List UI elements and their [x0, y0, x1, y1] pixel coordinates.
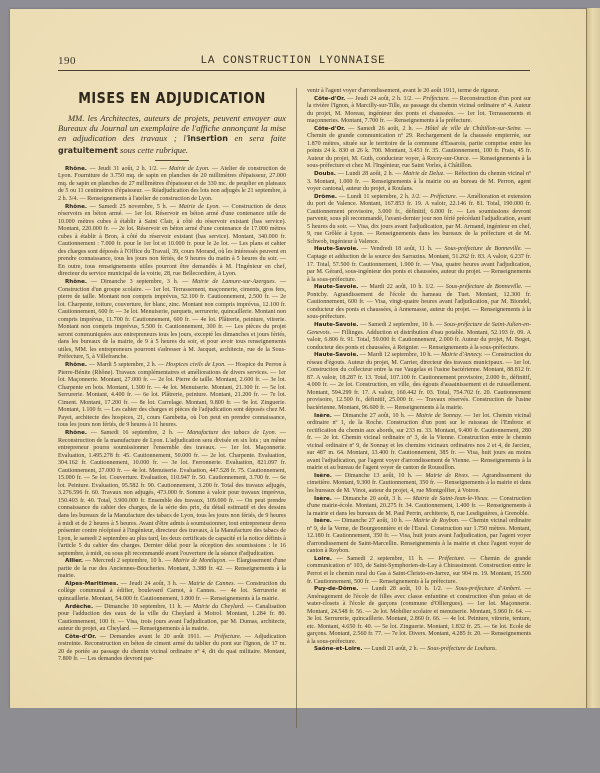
- entry-department: Drôme.: [314, 194, 337, 200]
- right-entries: venir à l'agent voyer d'arrondissement, …: [307, 88, 531, 654]
- entry-date: — Demandes avant le 20 août 1911. —: [96, 634, 214, 640]
- entry-date: — Vendredi 18 août, 11 h. —: [358, 246, 444, 252]
- entry-authority: Hôtel de ville de Châtillon-sur-Seine.: [425, 126, 522, 132]
- left-column: MISES EN ADJUDICATION MM. les Architecte…: [58, 86, 286, 664]
- entry-date: — Dimanche 27 août, 10 h. —: [332, 413, 416, 419]
- adjudication-entry: Loire. — Samedi 2 septembre, 11 h. — Pré…: [307, 556, 531, 586]
- entry-department: Saône-et-Loire.: [314, 646, 363, 652]
- entry-text: — Construction du réseau d'égouts. Auteu…: [307, 352, 531, 411]
- entry-text: venir à l'agent voyer d'arrondissement, …: [307, 88, 499, 94]
- entry-department: Rhône.: [65, 204, 87, 210]
- entry-department: Doubs.: [314, 171, 336, 177]
- entry-text: — Hospice du Perron à Pierre-Bénite (Rhô…: [58, 362, 286, 428]
- entry-text: — Reconstruction de la manufacture de Ly…: [58, 430, 286, 557]
- entry-authority: Mairie de Roybon.: [413, 518, 459, 524]
- adjudication-entry: Puy-de-Dôme. — Lundi 28 août, 10 h. 1/2.…: [307, 586, 531, 646]
- entry-department: Rhône.: [65, 279, 87, 285]
- entry-date: — Lundi 11 septembre, 2 h.: [337, 194, 411, 200]
- entry-date: — Lundi 28 août, 2 h. —: [336, 171, 403, 177]
- entry-department: Puy-de-Dôme.: [314, 586, 358, 592]
- entry-date: — Dimanche 3 septembre, 3 h. —: [87, 279, 192, 285]
- entry-date: — Mercredi 2 septembre, 10 h. —: [83, 558, 173, 564]
- adjudication-entry: Allier. — Mercredi 2 septembre, 10 h. — …: [58, 558, 286, 581]
- page-header: 190 LA CONSTRUCTION LYONNAISE: [58, 55, 528, 71]
- entry-text: — Fillinges. Adduction et distribution d…: [307, 330, 531, 351]
- entry-date: — Dimanche 10 septembre, 11 h. —: [93, 604, 193, 610]
- adjudication-entry: Côte-d'Or. — Demandes avant le 20 août 1…: [58, 634, 286, 664]
- entry-department: Rhône.: [65, 362, 87, 368]
- entry-text: — Amélioration et extension du port de V…: [307, 194, 531, 245]
- entry-date: — Samedi 2 septembre, 10 h. —: [358, 322, 444, 328]
- adjudication-entry: Isère. — Dimanche 20 août, 3 h. — Mairie…: [307, 496, 531, 519]
- entry-date: — Dimanche 27 août, 10 h. —: [332, 518, 413, 524]
- entry-authority: Mairie de Lyon.: [169, 166, 210, 172]
- scan-background-bottom: [0, 708, 600, 773]
- entry-date: — Samedi 2 septembre, 11 h. —: [332, 556, 438, 562]
- entry-authority: Mairie de Deluz.: [403, 171, 445, 177]
- adjudication-entry: Isère. — Dimanche 27 août, 10 h. — Mairi…: [307, 518, 531, 556]
- adjudication-entry: Rhône. — Samedi 16 septembre, 2 h. — Man…: [58, 430, 286, 558]
- entry-authority: Mairie de Montluçon.: [173, 558, 227, 564]
- intro-text: en sera faite: [228, 133, 286, 143]
- entry-text: — 1er lot. Chemin vicinal ordinaire nº 1…: [307, 413, 531, 472]
- entry-department: Loire.: [314, 556, 332, 562]
- adjudication-entry: Haute-Savoie. — Vendredi 18 août, 11 h. …: [307, 246, 531, 284]
- entry-authority: Préfecture.: [438, 556, 465, 562]
- entry-department: Isère.: [314, 413, 332, 419]
- entry-authority: Manufacture des tabacs de Lyon.: [187, 430, 276, 436]
- adjudication-entry: Isère. — Dimanche 13 août, 10 h. — Mairi…: [307, 473, 531, 496]
- entry-date: — Samedi 26 août, 2 h. —: [345, 126, 425, 132]
- adjudication-entry: Saône-et-Loire. — Lundi 21 août, 2 h. — …: [307, 646, 531, 654]
- entry-authority: Mairie de Lamure-sur-Azergues.: [192, 279, 276, 285]
- entry-date: — Dimanche 13 août, 10 h. —: [332, 473, 425, 479]
- adjudication-entry: Ardèche. — Dimanche 10 septembre, 11 h. …: [58, 604, 286, 634]
- entry-date: — Samedi 16 septembre, 2 h. —: [87, 430, 187, 436]
- adjudication-entry: Doubs. — Lundi 28 août, 2 h. — Mairie de…: [307, 171, 531, 194]
- entry-date: — Lundi 28 août, 10 h. 1/2. —: [358, 586, 455, 592]
- entry-date: — Jeudi 24 août, 3 h. —: [118, 581, 188, 587]
- entry-authority: Mairie du Cheylard.: [193, 604, 245, 610]
- left-entries: Rhône. — Jeudi 31 août, 2 h. 1/2. — Mair…: [58, 166, 286, 664]
- entry-department: Haute-Savoie.: [314, 246, 358, 252]
- entry-department: Isère.: [314, 496, 332, 502]
- entry-authority: Préfecture.: [423, 96, 450, 102]
- intro-text: sous cette rubrique.: [118, 145, 188, 155]
- intro-emphasis-gratuitement: gratuitement: [58, 146, 118, 155]
- adjudication-entry: venir à l'agent voyer d'arrondissement, …: [307, 88, 531, 96]
- adjudication-entry: Alpes-Maritimes. — Jeudi 24 août, 3 h. —…: [58, 581, 286, 604]
- entry-authority: Préfecture.: [214, 634, 241, 640]
- entry-date: — Lundi 21 août, 2 h. —: [363, 646, 428, 652]
- entry-date: — Mardi 5 septembre, 2 h. —: [87, 362, 166, 368]
- entry-authority: Sous-préfecture de Bonneville.: [446, 284, 523, 290]
- entry-date: — Jeudi 31 août, 2 h. 1/2. —: [87, 166, 169, 172]
- section-separator: [155, 160, 189, 161]
- entry-date: — Mardi 22 août, 10 h. 1/2. —: [358, 284, 445, 290]
- adjudication-entry: Côte-d'Or. — Samedi 26 août, 2 h. — Hôte…: [307, 126, 531, 171]
- entry-authority: Mairie d'Annecy.: [441, 352, 483, 358]
- adjudication-entry: Rhône. — Samedi 25 novembre, 5 h. — Mair…: [58, 204, 286, 279]
- running-title: LA CONSTRUCTION LYONNAISE: [58, 55, 528, 67]
- entry-department: Rhône.: [65, 166, 87, 172]
- entry-department: Côte-d'Or.: [314, 96, 345, 102]
- entry-department: Haute-Savoie.: [314, 322, 358, 328]
- adjudication-entry: Rhône. — Mardi 5 septembre, 2 h. — Hospi…: [58, 362, 286, 430]
- entry-date: — Samedi 25 novembre, 5 h. —: [87, 204, 179, 210]
- adjudication-entry: Rhône. — Dimanche 3 septembre, 3 h. — Ma…: [58, 279, 286, 362]
- entry-text: — Construction d'un groupe scolaire. — 1…: [58, 279, 286, 360]
- entry-text: — Aménagement de l'école de filles avec …: [307, 586, 531, 645]
- entry-authority: Sous-préfecture de Louhans.: [427, 646, 497, 652]
- entry-authority: Mairie de Cannes.: [188, 581, 235, 587]
- entry-authority: Hospices civils de Lyon.: [166, 362, 226, 368]
- entry-date: — Dimanche 20 août, 3 h. —: [332, 496, 413, 502]
- section-title: MISES EN ADJUDICATION: [75, 89, 269, 107]
- entry-department: Côte-d'Or.: [65, 634, 96, 640]
- adjacent-page-edge: [586, 8, 600, 710]
- adjudication-entry: Isère. — Dimanche 27 août, 10 h. — Mairi…: [307, 413, 531, 473]
- entry-department: Haute-Savoie.: [314, 352, 358, 358]
- adjudication-entry: Côte-d'Or. — Jeudi 24 août, 2 h. 1/2. — …: [307, 96, 531, 126]
- column-divider: [296, 88, 297, 728]
- entry-department: Isère.: [314, 473, 332, 479]
- adjudication-entry: Rhône. — Jeudi 31 août, 2 h. 1/2. — Mair…: [58, 166, 286, 204]
- entry-text: — Chemin de grande communication nº 29. …: [307, 126, 531, 170]
- entry-authority: Sous-préfecture d'Ambert.: [456, 586, 522, 592]
- entry-department: Isère.: [314, 518, 332, 524]
- entry-date: — Jeudi 24 août, 2 h. 1/2. —: [345, 96, 423, 102]
- entry-department: Côte-d'Or.: [314, 126, 345, 132]
- adjudication-entry: Haute-Savoie. — Mardi 22 août, 10 h. 1/2…: [307, 284, 531, 322]
- header-rule: [58, 70, 530, 71]
- entry-authority: Mairie de Sonnay.: [416, 413, 462, 419]
- right-column: venir à l'agent voyer d'arrondissement, …: [307, 88, 531, 654]
- entry-department: Haute-Savoie.: [314, 284, 358, 290]
- entry-department: Rhône.: [65, 430, 87, 436]
- adjudication-entry: Haute-Savoie. — Samedi 2 septembre, 10 h…: [307, 322, 531, 352]
- entry-department: Alpes-Maritimes.: [65, 581, 118, 587]
- entry-authority: 1/2. — Préfecture.: [411, 194, 457, 200]
- adjudication-entry: Drôme. — Lundi 11 septembre, 2 h. 1/2. —…: [307, 194, 531, 247]
- adjudication-entry: Haute-Savoie. — Mardi 12 septembre, 10 h…: [307, 352, 531, 412]
- section-intro: MM. les Architectes, auteurs de projets,…: [58, 113, 286, 156]
- entry-department: Ardèche.: [65, 604, 93, 610]
- entry-department: Allier.: [65, 558, 83, 564]
- intro-emphasis-insertion: insertion: [188, 134, 228, 143]
- entry-date: — Mardi 12 septembre, 10 h. —: [358, 352, 441, 358]
- entry-authority: Mairie de Lyon.: [179, 204, 220, 210]
- entry-authority: Mairie de Saint-Jean-le-Vieux.: [413, 496, 489, 502]
- entry-authority: Sous-préfecture de Bonneville.: [444, 246, 522, 252]
- entry-text: — Construction de deux réservoirs en bét…: [58, 204, 286, 278]
- entry-authority: Mairie de Rives.: [425, 473, 469, 479]
